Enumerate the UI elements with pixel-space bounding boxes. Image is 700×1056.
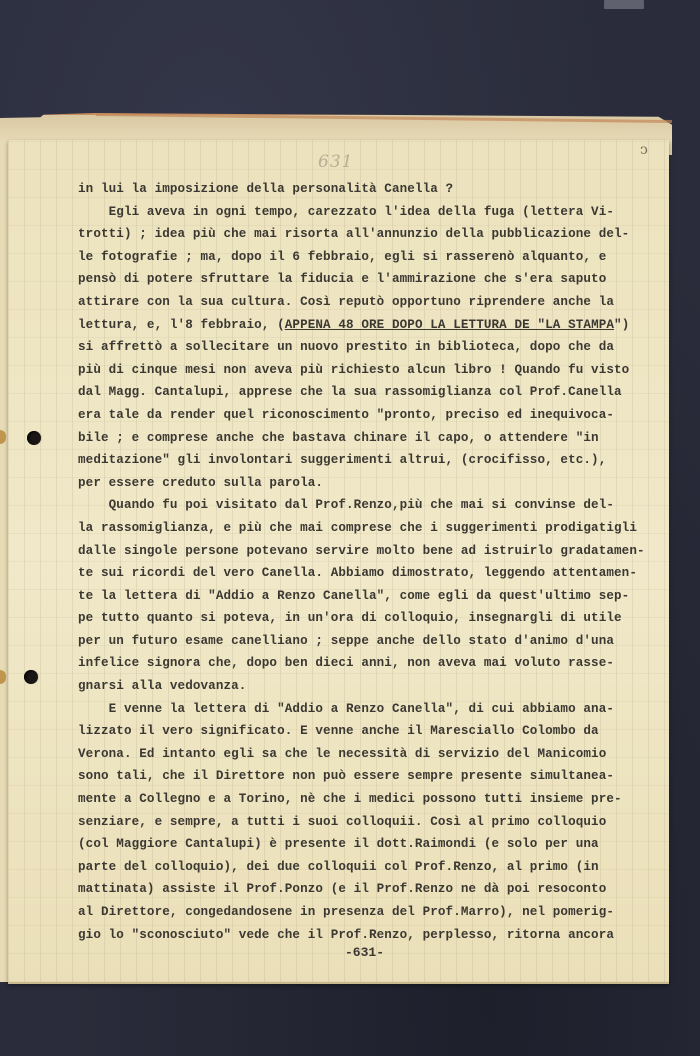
text-line: Verona. Ed intanto egli sa che le necess…	[78, 743, 658, 766]
text-line: bile ; e comprese anche che bastava chin…	[78, 427, 658, 450]
punch-hole-icon	[27, 431, 41, 445]
text-line: gnarsi alla vedovanza.	[78, 675, 658, 698]
text-line: E venne la lettera di "Addio a Renzo Can…	[78, 698, 658, 721]
text-line: gio lo "sconosciuto" vede che il Prof.Re…	[78, 924, 658, 947]
text-line: per un futuro esame canelliano ; seppe a…	[78, 630, 658, 653]
underlined-text: APPENA 48 ORE DOPO LA LETTURA DE "LA STA…	[285, 318, 614, 332]
text-line: mente a Collegno e a Torino, nè che i me…	[78, 788, 658, 811]
text-segment: lettura, e, l'8 febbraio, (	[78, 318, 285, 332]
text-line: lizzato il vero significato. E venne anc…	[78, 720, 658, 743]
text-line: infelice signora che, dopo ben dieci ann…	[78, 652, 658, 675]
document-body: in lui la imposizione della personalità …	[78, 178, 658, 946]
text-line: senziare, e sempre, a tutti i suoi collo…	[78, 811, 658, 834]
text-line: al Direttore, congedandosene in presenza…	[78, 901, 658, 924]
text-line: mattinata) assiste il Prof.Ponzo (e il P…	[78, 878, 658, 901]
text-line: attirare con la sua cultura. Così reputò…	[78, 291, 658, 314]
text-line: Egli aveva in ogni tempo, carezzato l'id…	[78, 201, 658, 224]
typed-page-number: -631-	[345, 945, 384, 960]
text-line: Quando fu poi visitato dal Prof.Renzo,pi…	[78, 494, 658, 517]
text-line: (col Maggiore Cantalupi) è presente il d…	[78, 833, 658, 856]
text-line: trotti) ; idea più che mai risorta all'a…	[78, 223, 658, 246]
pencil-page-number: 631	[318, 152, 353, 172]
text-line: pensò di potere sfruttare la fiducia e l…	[78, 268, 658, 291]
text-line: pe tutto quanto si poteva, in un'ora di …	[78, 607, 658, 630]
text-line: per essere creduto sulla parola.	[78, 472, 658, 495]
text-line: dalle singole persone potevano servire m…	[78, 540, 658, 563]
text-line: lettura, e, l'8 febbraio, (APPENA 48 ORE…	[78, 314, 658, 337]
text-line: sono tali, che il Direttore non può esse…	[78, 765, 658, 788]
text-line: dal Magg. Cantalupi, apprese che la sua …	[78, 381, 658, 404]
text-line: si affrettò a sollecitare un nuovo prest…	[78, 336, 658, 359]
text-segment: ")	[614, 318, 629, 332]
punch-hole-icon	[24, 670, 38, 684]
text-line: in lui la imposizione della personalità …	[78, 178, 658, 201]
text-line: le fotografie ; ma, dopo il 6 febbraio, …	[78, 246, 658, 269]
text-line: meditazione" gli involontari suggeriment…	[78, 449, 658, 472]
text-line: la rassomiglianza, e più che mai compres…	[78, 517, 658, 540]
tape-fragment	[604, 0, 644, 9]
text-line: te la lettera di "Addio a Renzo Canella"…	[78, 585, 658, 608]
text-line: parte del colloquio), dei due colloquii …	[78, 856, 658, 879]
text-line: era tale da render quel riconoscimento "…	[78, 404, 658, 427]
text-line: te sui ricordi del vero Canella. Abbiamo…	[78, 562, 658, 585]
text-line: più di cinque mesi non aveva più richies…	[78, 359, 658, 382]
corner-mark: ↄ	[640, 142, 648, 158]
